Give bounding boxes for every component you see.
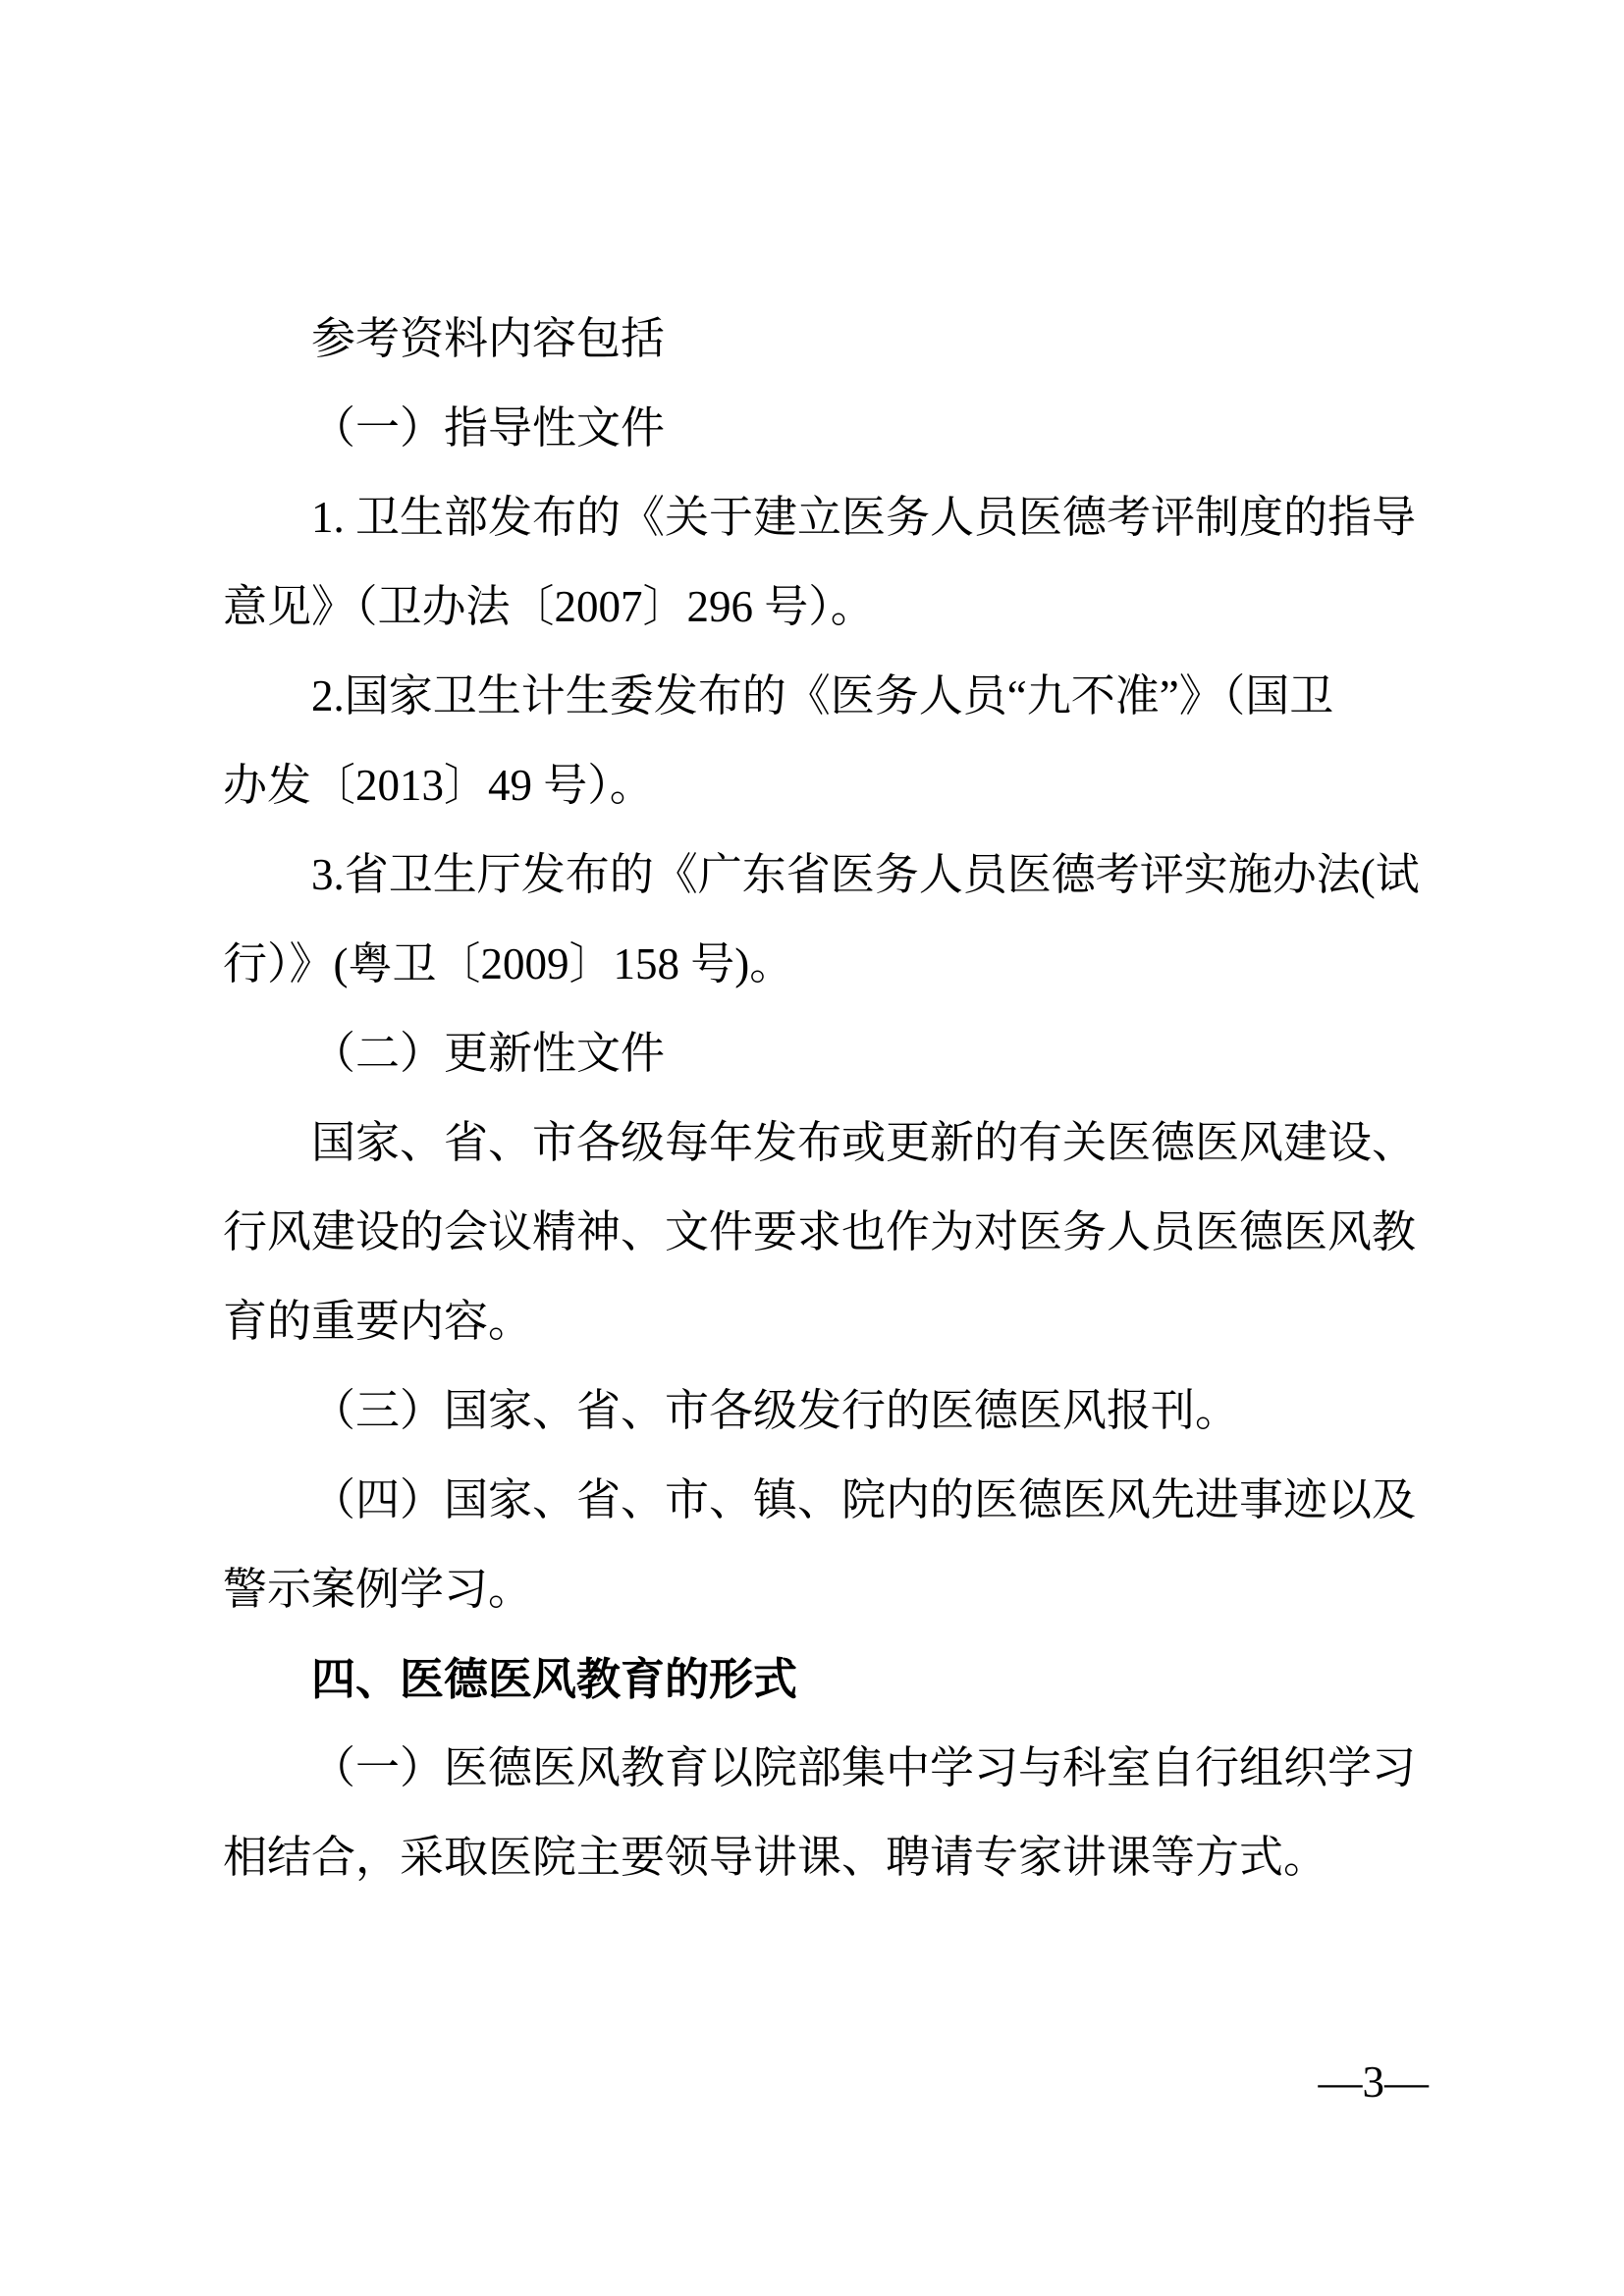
text-line: 国家、省、市各级每年发布或更新的有关医德医风建设、 — [223, 1098, 1418, 1188]
text-line: 3.省卫生厅发布的《广东省医务人员医德考评实施办法(试 — [223, 830, 1418, 920]
text-line: （一）指导性文件 — [223, 384, 1418, 473]
section-heading: 四、医德医风教育的形式 — [223, 1634, 1418, 1724]
text-line: 参考资料内容包括 — [223, 294, 1418, 384]
text-line: 2.国家卫生计生委发布的《医务人员“九不准”》（国卫 — [223, 652, 1418, 741]
page-number: —3— — [1319, 2057, 1430, 2107]
text-line: （四）国家、省、市、镇、院内的医德医风先进事迹以及 — [223, 1456, 1418, 1545]
text-line: 育的重要内容。 — [223, 1277, 1418, 1366]
text-line: 行风建设的会议精神、文件要求也作为对医务人员医德医风教 — [223, 1188, 1418, 1277]
text-line: 相结合，采取医院主要领导讲课、聘请专家讲课等方式。 — [223, 1813, 1418, 1902]
text-line: （一）医德医风教育以院部集中学习与科室自行组织学习 — [223, 1724, 1418, 1813]
text-line: 办发〔2013〕49 号）。 — [223, 741, 1418, 830]
text-line: （三）国家、省、市各级发行的医德医风报刊。 — [223, 1366, 1418, 1456]
text-line: 警示案例学习。 — [223, 1545, 1418, 1634]
text-line: 1. 卫生部发布的《关于建立医务人员医德考评制度的指导 — [223, 473, 1418, 562]
text-line: 行）》(粤卫〔2009〕158 号)。 — [223, 920, 1418, 1009]
document-body: 参考资料内容包括（一）指导性文件1. 卫生部发布的《关于建立医务人员医德考评制度… — [223, 294, 1418, 1902]
document-page: 参考资料内容包括（一）指导性文件1. 卫生部发布的《关于建立医务人员医德考评制度… — [0, 0, 1624, 2296]
text-line: 意见》（卫办法〔2007〕296 号）。 — [223, 562, 1418, 652]
text-line: （二）更新性文件 — [223, 1009, 1418, 1098]
